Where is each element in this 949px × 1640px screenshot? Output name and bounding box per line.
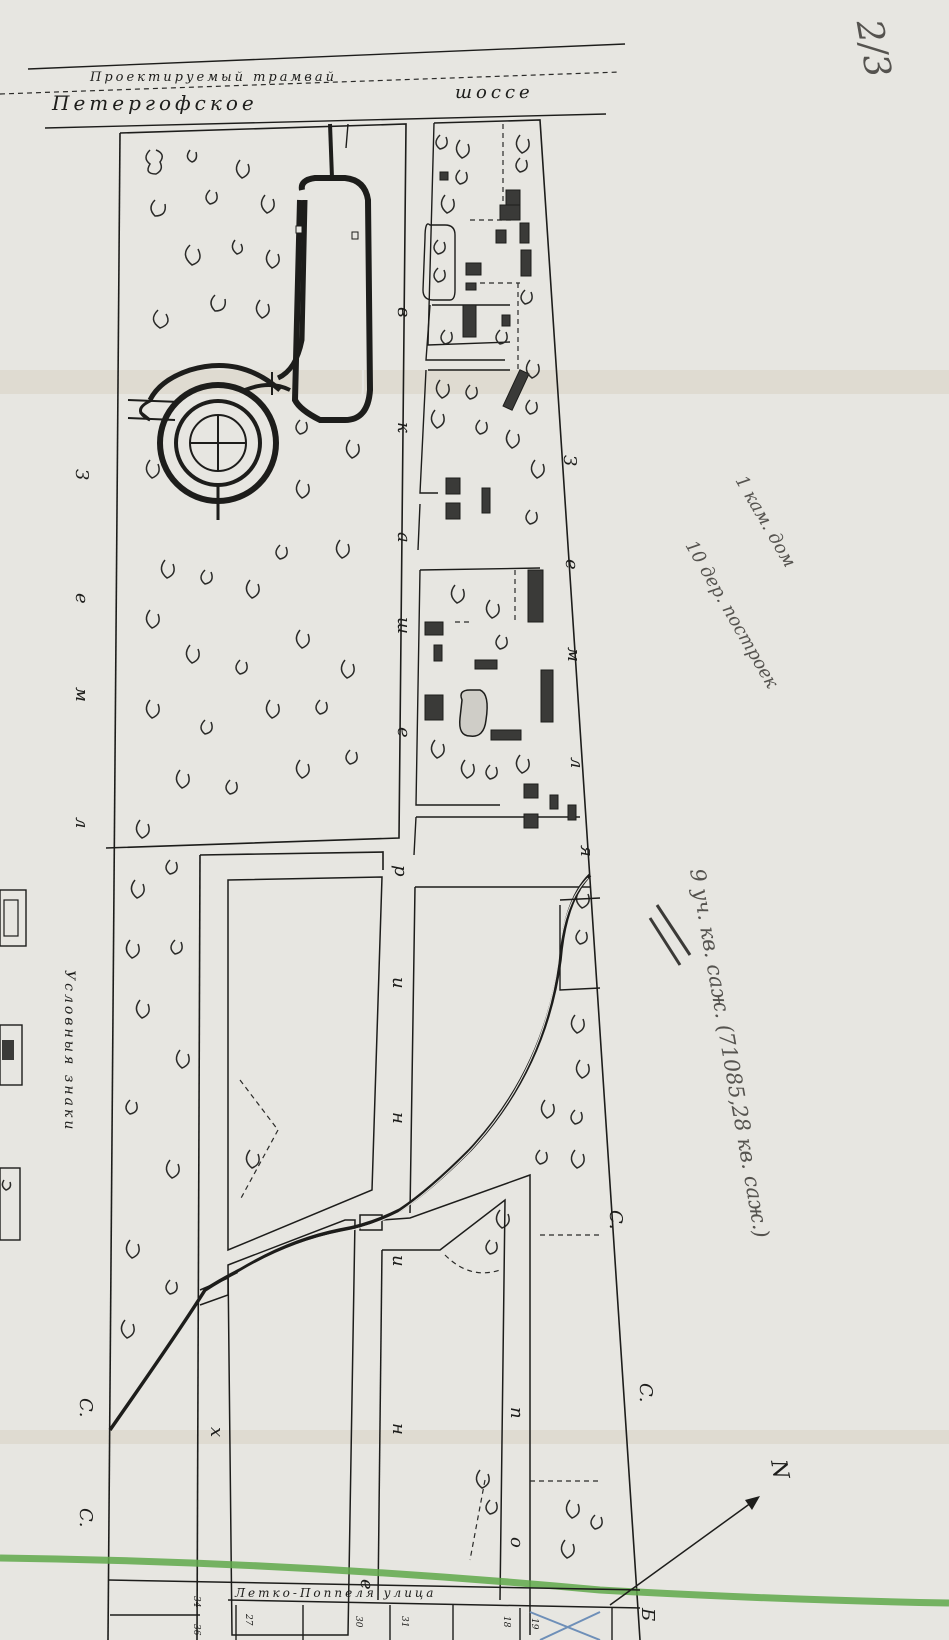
street-letter: к (393, 422, 414, 433)
c-mark: С. (605, 1210, 626, 1230)
bottom-street-label: Летко-Поппеля улица (234, 1586, 436, 1600)
north-arrow-head (745, 1496, 760, 1510)
street-letter: е (561, 559, 582, 570)
stream (110, 875, 600, 1430)
parcel-number: 36 (191, 1624, 201, 1636)
parcel-number: 34 (191, 1596, 201, 1608)
street-letter: м (563, 647, 584, 662)
legend: Условныя знаки (0, 890, 77, 1240)
street-letter: х (206, 1427, 227, 1437)
buildings (425, 172, 576, 828)
street-letter: л (566, 757, 587, 768)
street-letter: и (388, 977, 409, 989)
street-letter: л (71, 817, 92, 828)
pencil-note-stone-house: 1 кам. дом (731, 472, 800, 571)
street-letter: а (393, 532, 414, 543)
street-letter: е (356, 1579, 377, 1590)
street-letter: п (506, 1407, 527, 1419)
parcel-number: 31 (399, 1616, 409, 1627)
lower-street-grid (197, 852, 600, 1640)
street-letter: н (388, 1112, 409, 1124)
bottom-street (108, 1496, 760, 1640)
pencil-note-area: 9 уч. кв. саж. (71085,28 кв. саж.) (685, 867, 774, 1240)
legend-trees-symbol (0, 1168, 20, 1240)
street-letter: м (71, 687, 92, 702)
c-mark: С. (75, 1508, 96, 1528)
paper-fold-2 (0, 1430, 949, 1444)
c-mark: С. (635, 1383, 656, 1403)
street-letter: е (71, 593, 92, 604)
street-letter: р (390, 865, 411, 877)
street-letter: ш (393, 617, 414, 634)
street-letter: о (506, 1537, 527, 1548)
pencil-note-wooden-buildings: 10 дер. построек (681, 537, 783, 692)
parcel-number: 18 (501, 1616, 511, 1628)
parcel-number: 30 (353, 1616, 363, 1628)
c-mark: С. (75, 1398, 96, 1418)
street-letter: и (388, 1255, 409, 1267)
street-letter: я (576, 845, 597, 857)
park-block (106, 124, 406, 1640)
street-letters: З е м л З е м л я в к а ш е р и н и н х … (71, 307, 656, 1590)
corner-label: Б (637, 1607, 658, 1621)
tram-label: Проектируемый трамвай (89, 70, 337, 85)
parcel-number: 27 (243, 1613, 253, 1626)
legend-title: Условныя знаки (61, 970, 77, 1132)
sheet-number: 2/3 (848, 15, 899, 80)
pencil-annotations: 1 кам. дом 10 дер. построек 9 уч. кв. са… (637, 472, 800, 1621)
parcel-number: 19 (529, 1618, 539, 1630)
north-label: N (765, 1457, 793, 1482)
street-letter: З (559, 455, 580, 466)
map-sheet: Проектируемый трамвай Петергофское шоссе… (0, 0, 949, 1640)
street-letter: н (388, 1423, 409, 1435)
street-letter: е (393, 727, 414, 738)
highway-label-left: Петергофское (51, 91, 258, 115)
paper-fold (0, 370, 949, 394)
highway-label-right: шоссе (455, 82, 534, 103)
pond-system (128, 124, 370, 520)
street-letter: З (71, 469, 92, 480)
street-letter: в (393, 307, 414, 317)
